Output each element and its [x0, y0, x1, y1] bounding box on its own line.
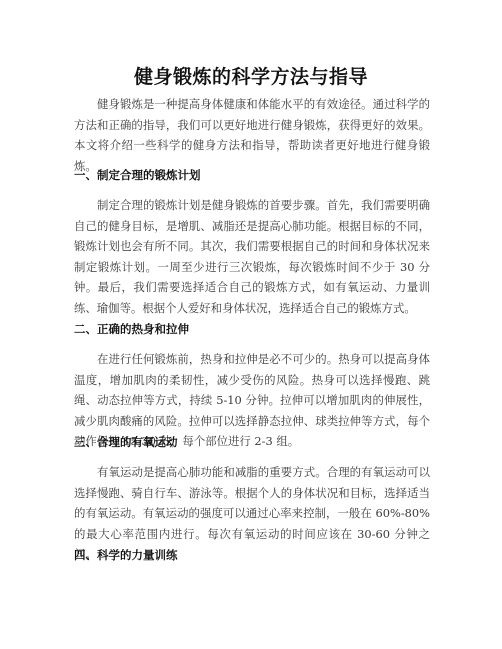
section-1: 一、制定合理的锻炼计划 制定合理的锻炼计划是健身锻炼的首要步骤。首先，我们需要明… [74, 167, 430, 318]
section-3: 三、合理的有氧运动 有氧运动是提高心肺功能和减脂的重要方式。合理的有氧运动可以选… [74, 434, 430, 565]
document-page: 健身锻炼的科学方法与指导 健身锻炼是一种提高身体健康和体能水平的有效途径。通过科… [0, 0, 502, 649]
section-heading: 二、正确的热身和拉伸 [74, 321, 430, 337]
section-4: 四、科学的力量训练 [74, 547, 430, 563]
intro-block: 健身锻炼是一种提高身体健康和体能水平的有效途径。通过科学的方法和正确的指导，我们… [74, 94, 430, 176]
section-heading: 一、制定合理的锻炼计划 [74, 167, 430, 183]
section-2: 二、正确的热身和拉伸 在进行任何锻炼前，热身和拉伸是必不可少的。热身可以提高身体… [74, 321, 430, 452]
section-heading: 三、合理的有氧运动 [74, 434, 430, 450]
intro-paragraph: 健身锻炼是一种提高身体健康和体能水平的有效途径。通过科学的方法和正确的指导，我们… [74, 94, 430, 176]
section-heading: 四、科学的力量训练 [74, 547, 430, 563]
document-title: 健身锻炼的科学方法与指导 [0, 62, 502, 89]
section-paragraph: 制定合理的锻炼计划是健身锻炼的首要步骤。首先，我们需要明确自己的健身目标，是增肌… [74, 195, 430, 318]
